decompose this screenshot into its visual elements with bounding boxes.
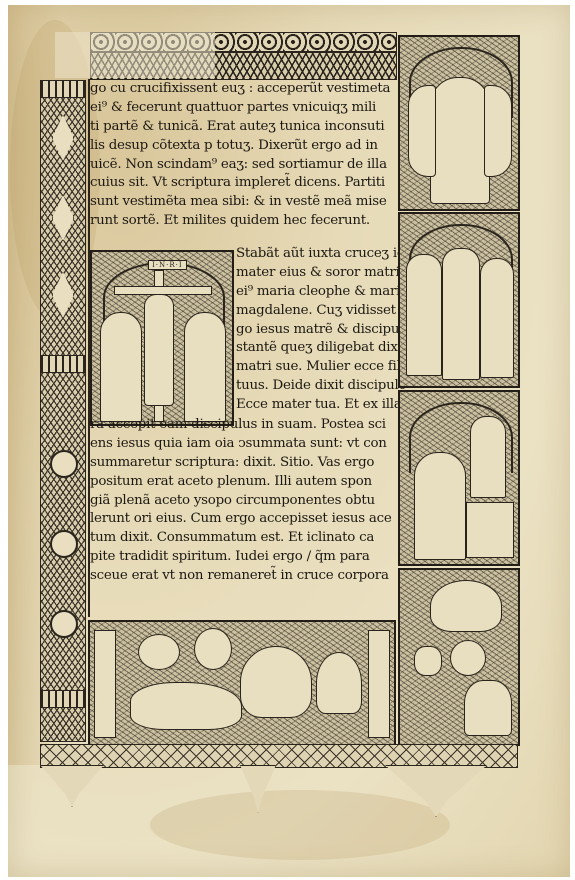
faded-border-overlay [55,32,215,78]
figure-left [406,254,442,376]
man-of-sorrows-figure [470,416,506,498]
leopard-figure [194,628,232,670]
text-line: cuius sit. Vt scriptura impleret̃ dicens… [90,174,398,193]
quatrefoil-ornament [50,530,78,558]
text-line: giã plenã aceto ysopo circumponentes o… [90,492,398,511]
text-line: go iesus matrẽ & discipulũ [236,321,398,340]
betrayal-woodcut [398,212,520,388]
text-line: sceue erat vt non remaneret̃ in cruce co… [90,567,398,586]
text-line: tuus. Deide dixit discipulo [236,377,398,396]
dog-figure [138,634,180,670]
text-line: stantẽ queʒ diligebat dixit [236,339,398,358]
grotesque-mask [414,646,442,676]
text-line: pite tradidit spiritum. Iudei ergo / q̃m… [90,548,398,567]
angel-wing-right [484,85,512,177]
mary-figure [100,312,142,422]
text-line: ens iesus quia iam oia ↄsummata sunt: vt… [90,435,398,454]
text-line: ti partẽ & tunicã. Erat auteʒ tunica i… [90,118,398,137]
bottom-lattice-border [40,744,518,768]
angel-woodcut [398,35,520,211]
bird-figure [430,580,502,632]
grotesque-woodcut [398,568,520,746]
christ-figure [144,294,174,406]
text-line: mater eius & soror matris [236,264,398,283]
flower-rosette [450,640,486,676]
text-line: runt sortẽ. Et milites quidem hec fecer… [90,212,398,231]
quatrefoil-ornament [50,450,78,478]
left-ornament-column [40,80,86,742]
text-line: go cu crucifixissent euʒ : acceperũt ve… [90,80,398,99]
text-line: ra accepit eam discipulus in suam. Poste… [90,416,398,435]
column-band-middle [40,355,86,373]
altar [466,502,514,558]
lion-figure [130,682,242,730]
unicorn-figure [240,646,312,718]
text-block-bottom: ra accepit eam discipulus in suam. Poste… [90,416,398,586]
titulus: I·N·R·I [148,260,187,270]
angel-wing-left [408,85,436,177]
text-block-top: go cu crucifixissent euʒ : acceperũt ve… [90,80,398,231]
column-base [40,690,86,708]
mass-of-st-gregory-woodcut [398,390,520,566]
text-line: sunt vestimẽta mea sibi: & in vestẽ me… [90,193,398,212]
column-capital-top [40,80,86,98]
christ-figure [442,248,480,380]
text-line: magdalene. Cuʒ vidisset er [236,302,398,321]
text-block-beside-image: Stabãt aũt iuxta cruceʒ iesu mater eiu… [236,245,398,415]
crucifixion-woodcut: I·N·R·I [90,250,234,426]
beasts-frieze-woodcut [88,620,396,746]
angel-figure [430,77,490,204]
text-line: ei⁹ & fecerunt quattuor partes vnicuiqʒ … [90,99,398,118]
water-stain [150,790,450,860]
text-line: uicẽ. Non scindam⁹ eaʒ: sed sortiamur d… [90,156,398,175]
john-figure [184,312,226,422]
text-line: lerunt ori eius. Cum ergo accepisset ies… [90,510,398,529]
gothic-pillar-right [368,630,390,738]
seated-figure [464,680,512,736]
text-line: Ecce mater tua. Et ex illa ho [236,396,398,415]
goat-figure [316,652,362,714]
text-line: matri sue. Mulier ecce fili⁹ [236,358,398,377]
quatrefoil-ornament [50,610,78,638]
judas-figure [480,258,514,378]
text-line: tum dixit. Consummatum est. Et iclinato … [90,529,398,548]
text-line: lis desup cõtexta p totuʒ. Dixerũt erg… [90,137,398,156]
pope-figure [414,452,466,560]
text-line: summaretur scriptura: dixit. Sitio. Vas … [90,454,398,473]
gothic-pillar-left [94,630,116,738]
text-line: ei⁹ maria cleophe & maria [236,283,398,302]
text-line: positum erat aceto plenum. Illi autem sp… [90,473,398,492]
text-line: Stabãt aũt iuxta cruceʒ iesu [236,245,398,264]
